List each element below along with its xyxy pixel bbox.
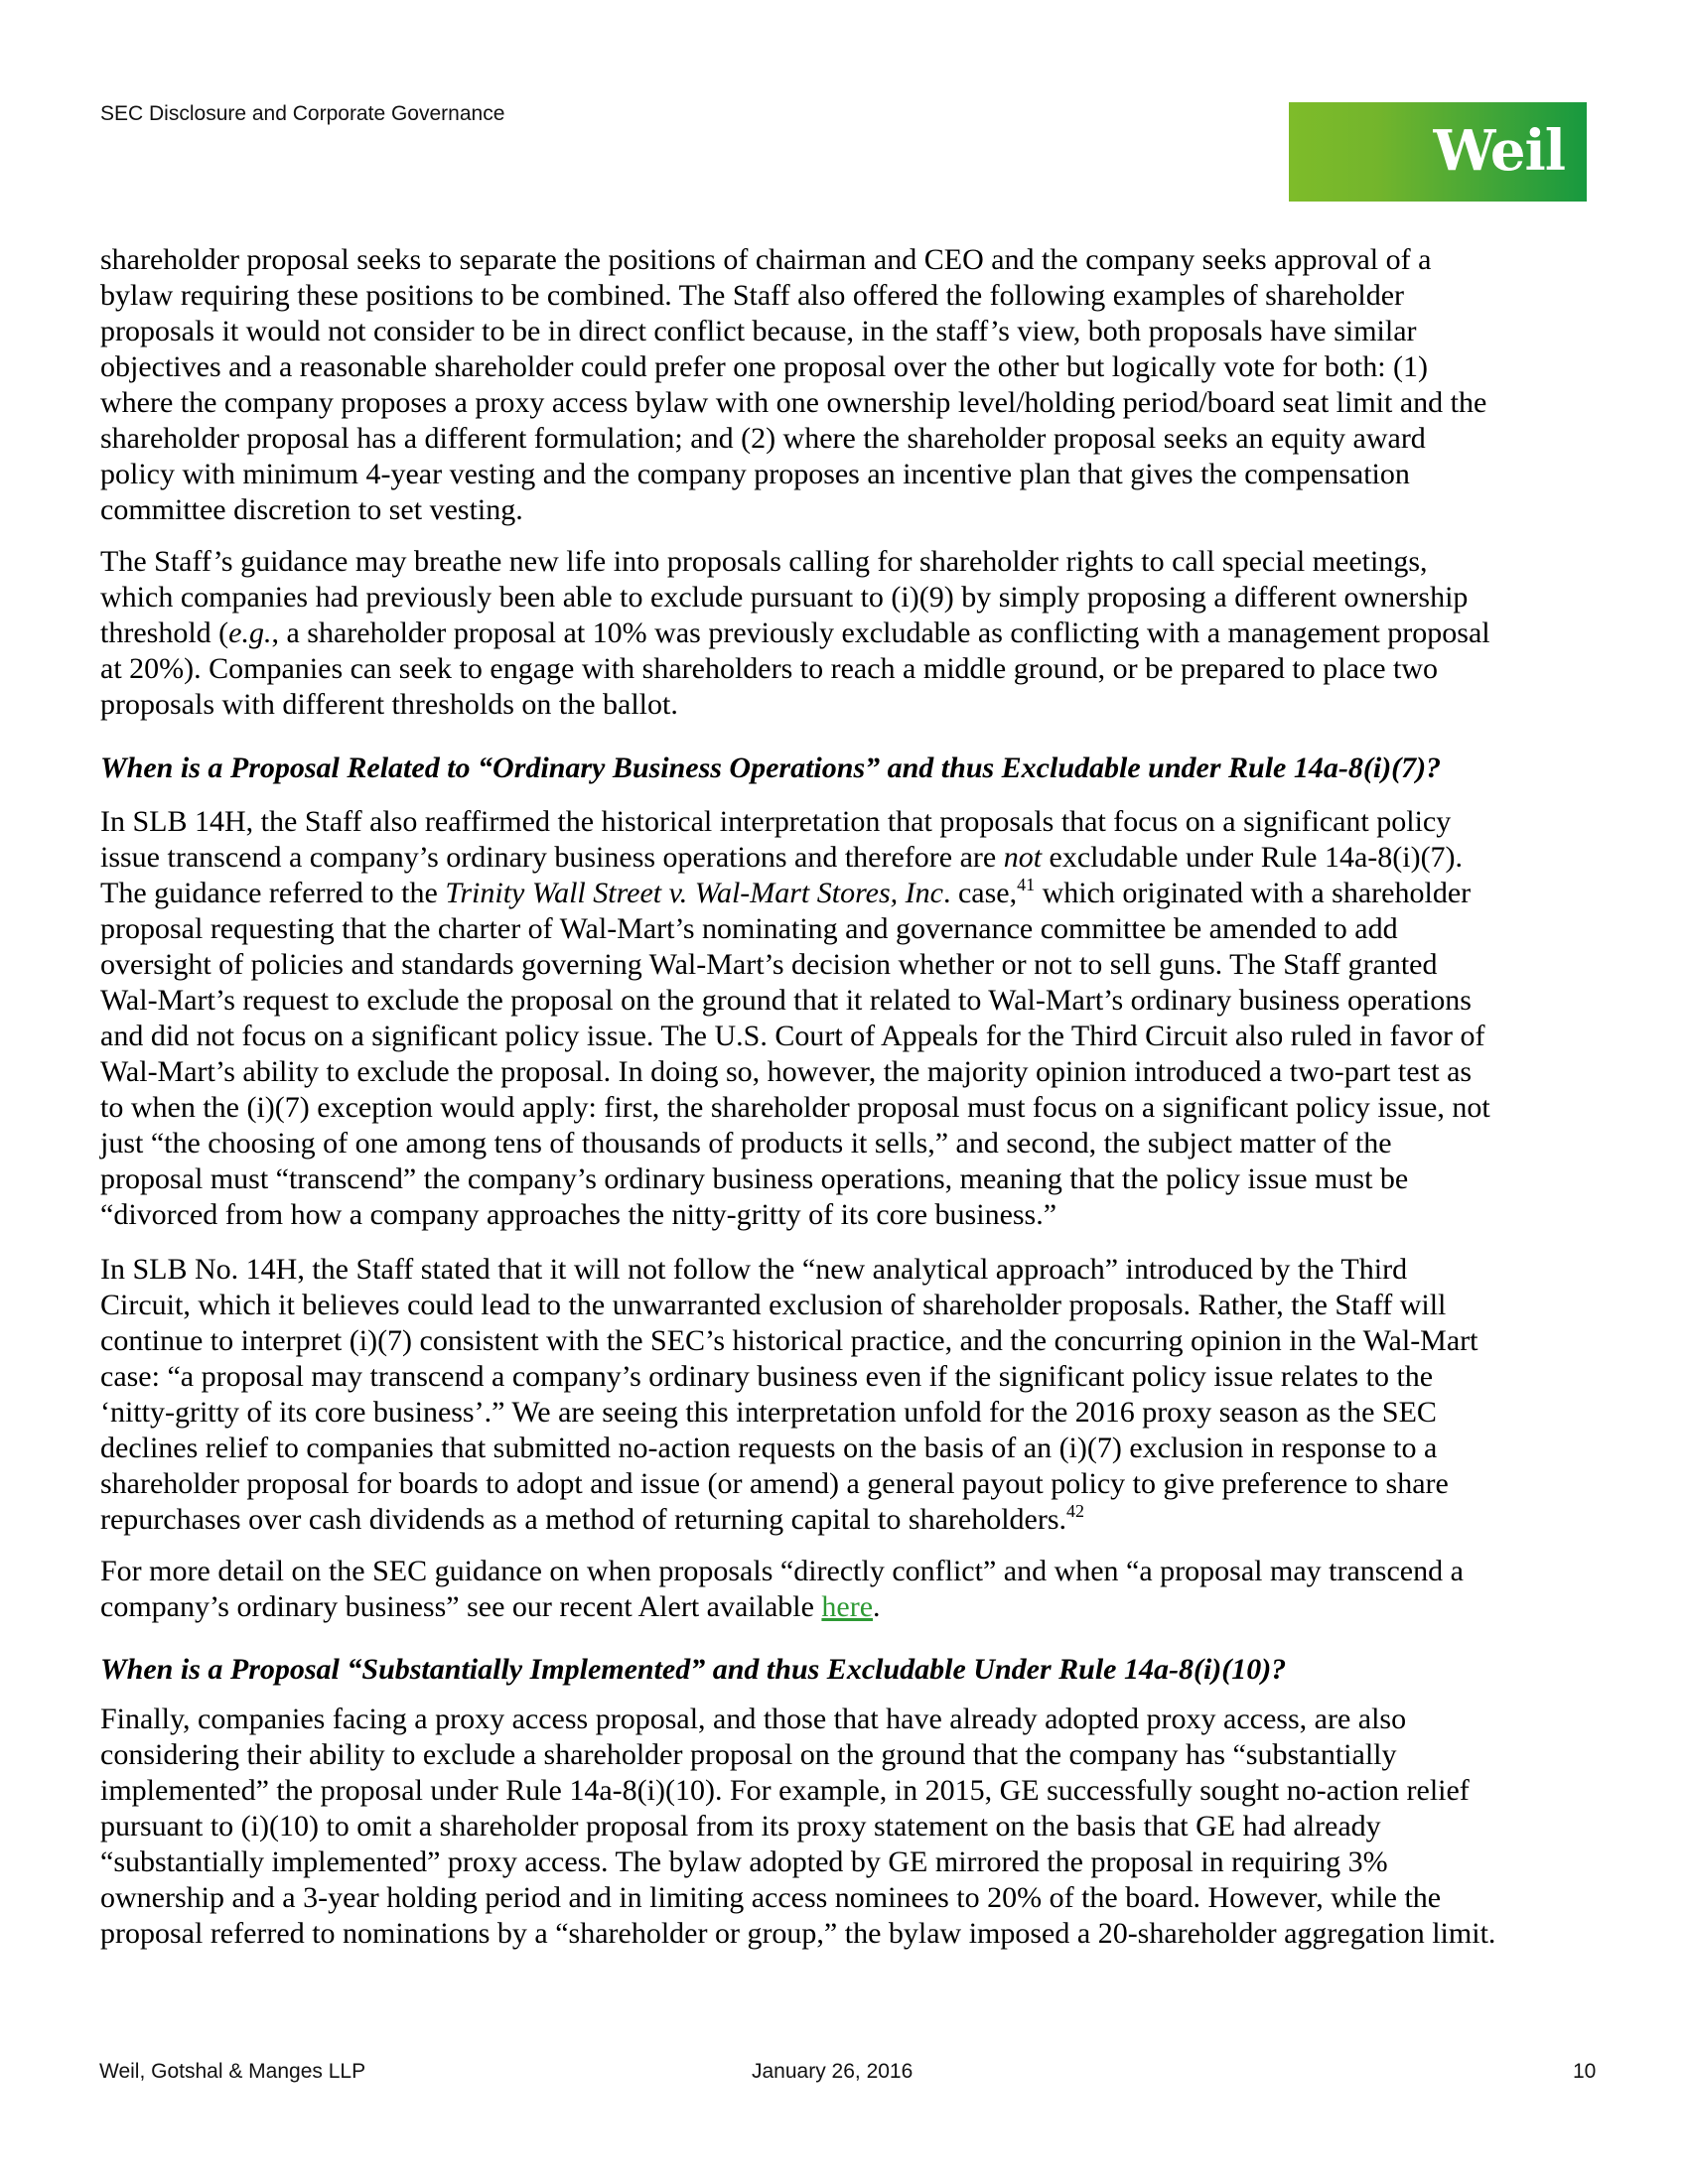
alert-here-link[interactable]: here [821, 1590, 873, 1623]
text-line: to when the (i)(7) exception would apply… [100, 1090, 1590, 1126]
text-run: . case, [943, 877, 1017, 909]
text-run: which originated with a shareholder [1035, 877, 1471, 909]
weil-logo-text: Weil [1434, 116, 1566, 186]
text-line: Circuit, which it believes could lead to… [100, 1288, 1590, 1323]
case-name: Trinity Wall Street v. Wal-Mart Stores, … [445, 877, 943, 909]
text-run: The guidance referred to the [100, 877, 445, 909]
text-line: which companies had previously been able… [100, 580, 1590, 615]
text-line: proposals it would not consider to be in… [100, 314, 1590, 349]
text-line: threshold (e.g., a shareholder proposal … [100, 615, 1590, 651]
text-line: shareholder proposal seeks to separate t… [100, 242, 1590, 278]
text-line: bylaw requiring these positions to be co… [100, 278, 1590, 314]
text-line: In SLB 14H, the Staff also reaffirmed th… [100, 804, 1590, 840]
text-line: repurchases over cash dividends as a met… [100, 1502, 1590, 1538]
text-line: just “the choosing of one among tens of … [100, 1126, 1590, 1161]
paragraph-direct-conflict-examples: shareholder proposal seeks to separate t… [100, 242, 1590, 528]
text-run: threshold ( [100, 616, 228, 649]
text-line: “substantially implemented” proxy access… [100, 1844, 1590, 1880]
section-heading-substantially-implemented: When is a Proposal “Substantially Implem… [100, 1652, 1286, 1688]
text-line: declines relief to companies that submit… [100, 1431, 1590, 1466]
text-line: objectives and a reasonable shareholder … [100, 349, 1590, 385]
italic-text: e.g. [228, 616, 271, 649]
text-line: pursuant to (i)(10) to omit a shareholde… [100, 1809, 1590, 1844]
text-line: continue to interpret (i)(7) consistent … [100, 1323, 1590, 1359]
text-line: oversight of policies and standards gove… [100, 947, 1590, 983]
footer-date: January 26, 2016 [752, 2059, 913, 2085]
text-run: , a shareholder proposal at 10% was prev… [271, 616, 1489, 649]
text-line: implemented” the proposal under Rule 14a… [100, 1773, 1590, 1809]
paragraph-special-meetings: The Staff’s guidance may breathe new lif… [100, 544, 1590, 723]
text-line: proposals with different thresholds on t… [100, 687, 1590, 723]
footnote-ref-41[interactable]: 41 [1017, 875, 1035, 894]
footer-firm-name: Weil, Gotshal & Manges LLP [99, 2059, 365, 2085]
text-line: The Staff’s guidance may breathe new lif… [100, 544, 1590, 580]
text-line: at 20%). Companies can seek to engage wi… [100, 651, 1590, 687]
document-header-title: SEC Disclosure and Corporate Governance [100, 100, 504, 128]
paragraph-slb-14h-ordinary-business: In SLB 14H, the Staff also reaffirmed th… [100, 804, 1590, 1233]
text-line: where the company proposes a proxy acces… [100, 385, 1590, 421]
text-line: proposal must “transcend” the company’s … [100, 1161, 1590, 1197]
text-run: . [873, 1590, 881, 1623]
text-line: policy with minimum 4-year vesting and t… [100, 457, 1590, 492]
text-line: issue transcend a company’s ordinary bus… [100, 840, 1590, 876]
text-line: Wal-Mart’s request to exclude the propos… [100, 983, 1590, 1019]
footnote-ref-42[interactable]: 42 [1066, 1501, 1084, 1521]
paragraph-slb-no-14h-interpretation: In SLB No. 14H, the Staff stated that it… [100, 1252, 1590, 1538]
paragraph-more-detail: For more detail on the SEC guidance on w… [100, 1554, 1590, 1625]
text-line: committee discretion to set vesting. [100, 492, 1590, 528]
text-line: Wal-Mart’s ability to exclude the propos… [100, 1054, 1590, 1090]
text-run: company’s ordinary business” see our rec… [100, 1590, 821, 1623]
paragraph-proxy-access-ge: Finally, companies facing a proxy access… [100, 1702, 1590, 1952]
text-line: shareholder proposal for boards to adopt… [100, 1466, 1590, 1502]
section-heading-ordinary-business: When is a Proposal Related to “Ordinary … [100, 751, 1441, 786]
text-line: In SLB No. 14H, the Staff stated that it… [100, 1252, 1590, 1288]
text-line: shareholder proposal has a different for… [100, 421, 1590, 457]
text-line: proposal requesting that the charter of … [100, 911, 1590, 947]
text-line: considering their ability to exclude a s… [100, 1737, 1590, 1773]
text-run: excludable under Rule 14a-8(i)(7). [1042, 841, 1463, 874]
text-line: company’s ordinary business” see our rec… [100, 1589, 1590, 1625]
text-line: For more detail on the SEC guidance on w… [100, 1554, 1590, 1589]
text-line: The guidance referred to the Trinity Wal… [100, 876, 1590, 911]
text-line: and did not focus on a significant polic… [100, 1019, 1590, 1054]
text-line: “divorced from how a company approaches … [100, 1197, 1590, 1233]
footer-page-number: 10 [1573, 2059, 1596, 2085]
text-line: ownership and a 3-year holding period an… [100, 1880, 1590, 1916]
text-line: proposal referred to nominations by a “s… [100, 1916, 1590, 1952]
text-line: ‘nitty-gritty of its core business’.” We… [100, 1395, 1590, 1431]
italic-text: not [1004, 841, 1042, 874]
text-line: case: “a proposal may transcend a compan… [100, 1359, 1590, 1395]
text-line: Finally, companies facing a proxy access… [100, 1702, 1590, 1737]
text-run: repurchases over cash dividends as a met… [100, 1503, 1066, 1536]
weil-logo: Weil [1289, 102, 1587, 202]
text-run: issue transcend a company’s ordinary bus… [100, 841, 1004, 874]
